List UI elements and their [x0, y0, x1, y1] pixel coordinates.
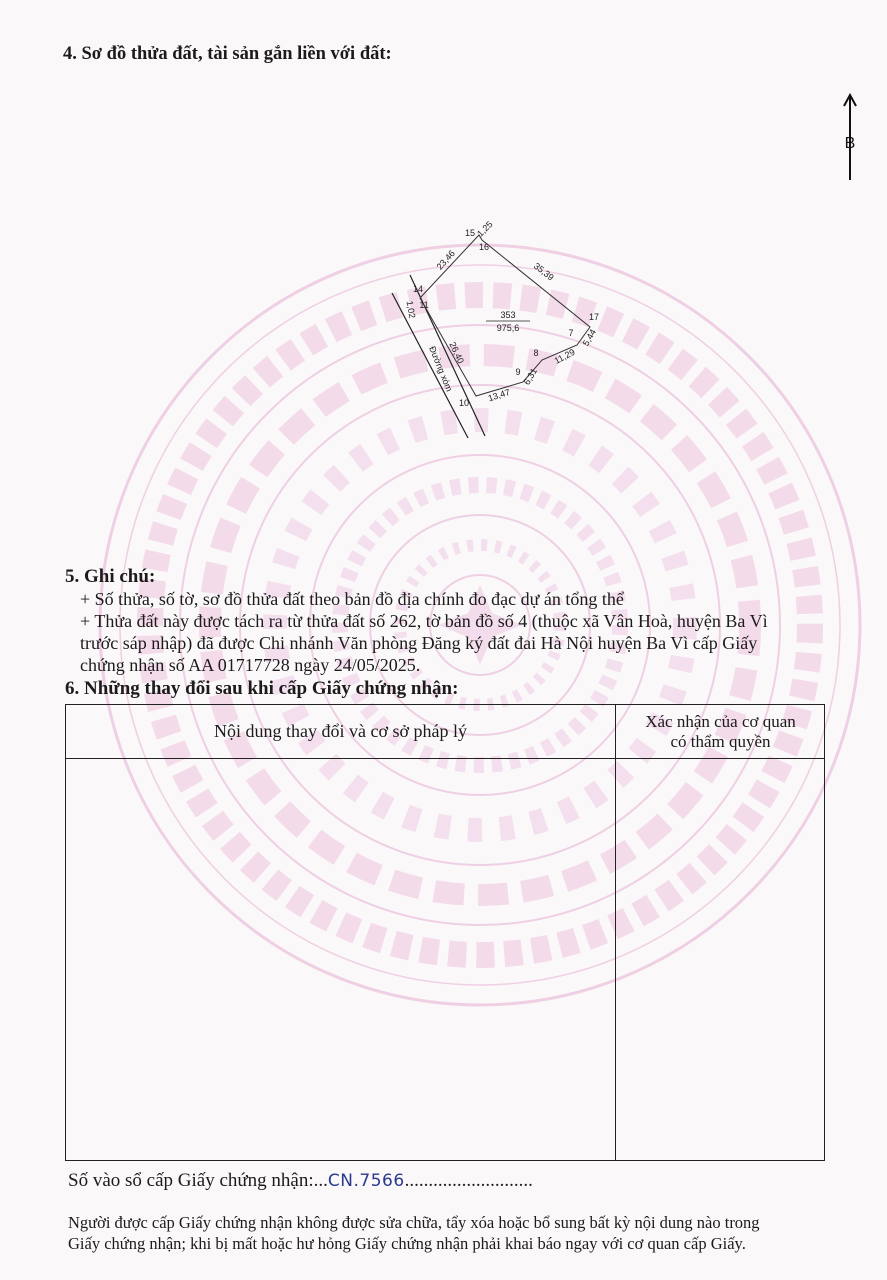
footer-line: Người được cấp Giấy chứng nhận không đượ… [68, 1212, 760, 1233]
registration-label: Số vào sổ cấp Giấy chứng nhận:... [68, 1170, 328, 1191]
svg-text:353: 353 [500, 310, 515, 320]
svg-text:14: 14 [413, 284, 423, 294]
column-header-change-content: Nội dung thay đổi và cơ sở pháp lý [66, 705, 615, 758]
svg-text:5,44: 5,44 [581, 327, 598, 347]
svg-text:6,31: 6,31 [522, 366, 539, 386]
svg-text:9: 9 [515, 367, 520, 377]
svg-text:35,39: 35,39 [532, 261, 556, 283]
svg-text:23,46: 23,46 [435, 248, 458, 271]
footer-line: Giấy chứng nhận; khi bị mất hoặc hư hỏng… [68, 1233, 760, 1254]
svg-text:11: 11 [419, 300, 428, 310]
column-header-authority-confirmation: Xác nhận của cơ quan có thẩm quyền [617, 705, 824, 758]
note-line: + Thửa đất này được tách ra từ thửa đất … [80, 610, 768, 632]
svg-text:16: 16 [479, 242, 489, 252]
svg-text:7: 7 [568, 328, 573, 338]
table-divider [66, 758, 824, 759]
changes-table: Nội dung thay đổi và cơ sở pháp lý Xác n… [65, 704, 825, 1161]
svg-text:11,29: 11,29 [553, 347, 577, 366]
registration-dots: ........................... [405, 1170, 533, 1191]
svg-text:15: 15 [465, 228, 475, 238]
note-line: trước sáp nhập) đã được Chi nhánh Văn ph… [80, 632, 757, 654]
section-5-title: 5. Ghi chú: [65, 566, 155, 588]
note-line: + Số thửa, số tờ, sơ đồ thửa đất theo bả… [80, 588, 624, 610]
section-4-title: 4. Sơ đồ thửa đất, tài sản gắn liền với … [63, 44, 392, 65]
svg-text:975,6: 975,6 [497, 323, 520, 333]
column-header-line: Xác nhận của cơ quan [645, 712, 796, 732]
authority-confirmation-cell [617, 760, 824, 1160]
svg-text:17: 17 [589, 312, 599, 322]
registration-number: CN.7566 [328, 1171, 405, 1191]
svg-text:8: 8 [533, 348, 538, 358]
svg-text:10: 10 [459, 398, 469, 408]
svg-text:1,02: 1,02 [405, 300, 418, 319]
change-content-cell [66, 760, 615, 1160]
section-6-title: 6. Những thay đổi sau khi cấp Giấy chứng… [65, 678, 458, 700]
svg-text:13,47: 13,47 [487, 387, 512, 403]
parcel-diagram: 15161778910111423,461,2535,395,4411,296,… [390, 210, 630, 440]
svg-text:1,25: 1,25 [475, 219, 494, 238]
registration-number-line: Số vào sổ cấp Giấy chứng nhận:...CN.7566… [68, 1170, 533, 1192]
footer-warning: Người được cấp Giấy chứng nhận không đượ… [68, 1212, 760, 1254]
svg-text:B: B [845, 135, 856, 152]
note-line: chứng nhận số AA 01717728 ngày 24/05/202… [80, 654, 420, 676]
table-divider [615, 705, 616, 1160]
north-arrow-icon: B [838, 92, 862, 182]
column-header-line: có thẩm quyền [645, 732, 796, 752]
